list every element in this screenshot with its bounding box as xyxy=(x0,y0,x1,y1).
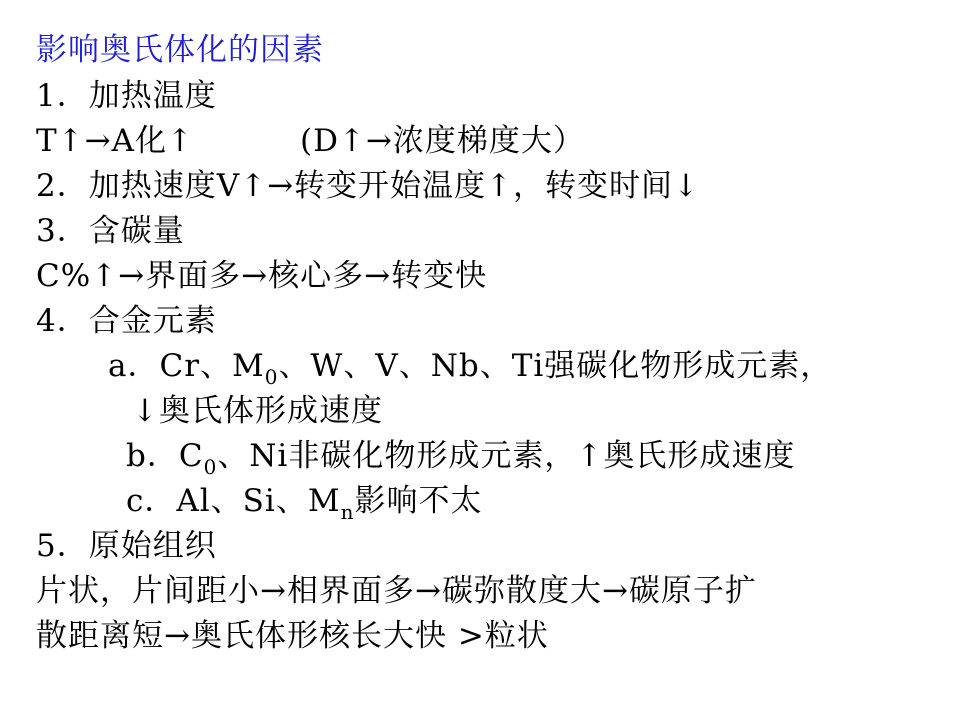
heading-alloy-elements: 4．合金元素 xyxy=(36,301,217,341)
text-alloy-b-pre: b．C xyxy=(126,438,204,474)
slide-title: 影响奥氏体化的因素 xyxy=(36,30,324,70)
heading-heating-speed: 2．加热速度V↑→转变开始温度↑，转变时间↓ xyxy=(36,166,700,206)
text-temperature-effect: T↑→A化↑ xyxy=(36,121,194,161)
text-alloy-a: a．Cr、M0、W、V、Nb、Ti强碳化物形成元素， xyxy=(108,346,832,386)
text-lamellar-effect-cont: 散距离短→奥氏体形核长大快 >粒状 xyxy=(36,616,549,656)
heading-carbon-content: 3．含碳量 xyxy=(36,211,185,251)
text-alloy-c-post: 影响不太 xyxy=(354,483,482,519)
text-alloy-c-pre: c．Al、Si、M xyxy=(126,483,341,519)
subscript: 0 xyxy=(265,365,279,389)
text-alloy-a-post: 、W、V、Nb、Ti强碳化物形成元素， xyxy=(279,348,833,384)
text-alloy-a-pre: a．Cr、M xyxy=(108,348,265,384)
heading-heating-temperature: 1．加热温度 xyxy=(36,76,217,116)
text-alloy-a-effect: ↓奥氏体形成速度 xyxy=(132,391,383,431)
text-alloy-c: c．Al、Si、Mn影响不太 xyxy=(126,481,482,521)
text-carbon-effect: C%↑→界面多→核心多→转变快 xyxy=(36,256,487,296)
slide: 影响奥氏体化的因素 1．加热温度 T↑→A化↑ (D↑→浓度梯度大） 2．加热速… xyxy=(0,0,960,720)
text-lamellar-effect: 片状，片间距小→相界面多→碳弥散度大→碳原子扩 xyxy=(36,571,757,611)
text-alloy-b: b．C0、Ni非碳化物形成元素，↑奥氏形成速度 xyxy=(126,436,795,476)
heading-original-structure: 5．原始组织 xyxy=(36,526,217,566)
text-diffusion-note: (D↑→浓度梯度大） xyxy=(300,121,585,161)
subscript: 0 xyxy=(204,455,218,479)
text-temperature-effect-main: T↑→A化↑ xyxy=(36,123,194,159)
subscript: n xyxy=(341,500,355,524)
text-alloy-b-post: 、Ni非碳化物形成元素，↑奥氏形成速度 xyxy=(217,438,795,474)
